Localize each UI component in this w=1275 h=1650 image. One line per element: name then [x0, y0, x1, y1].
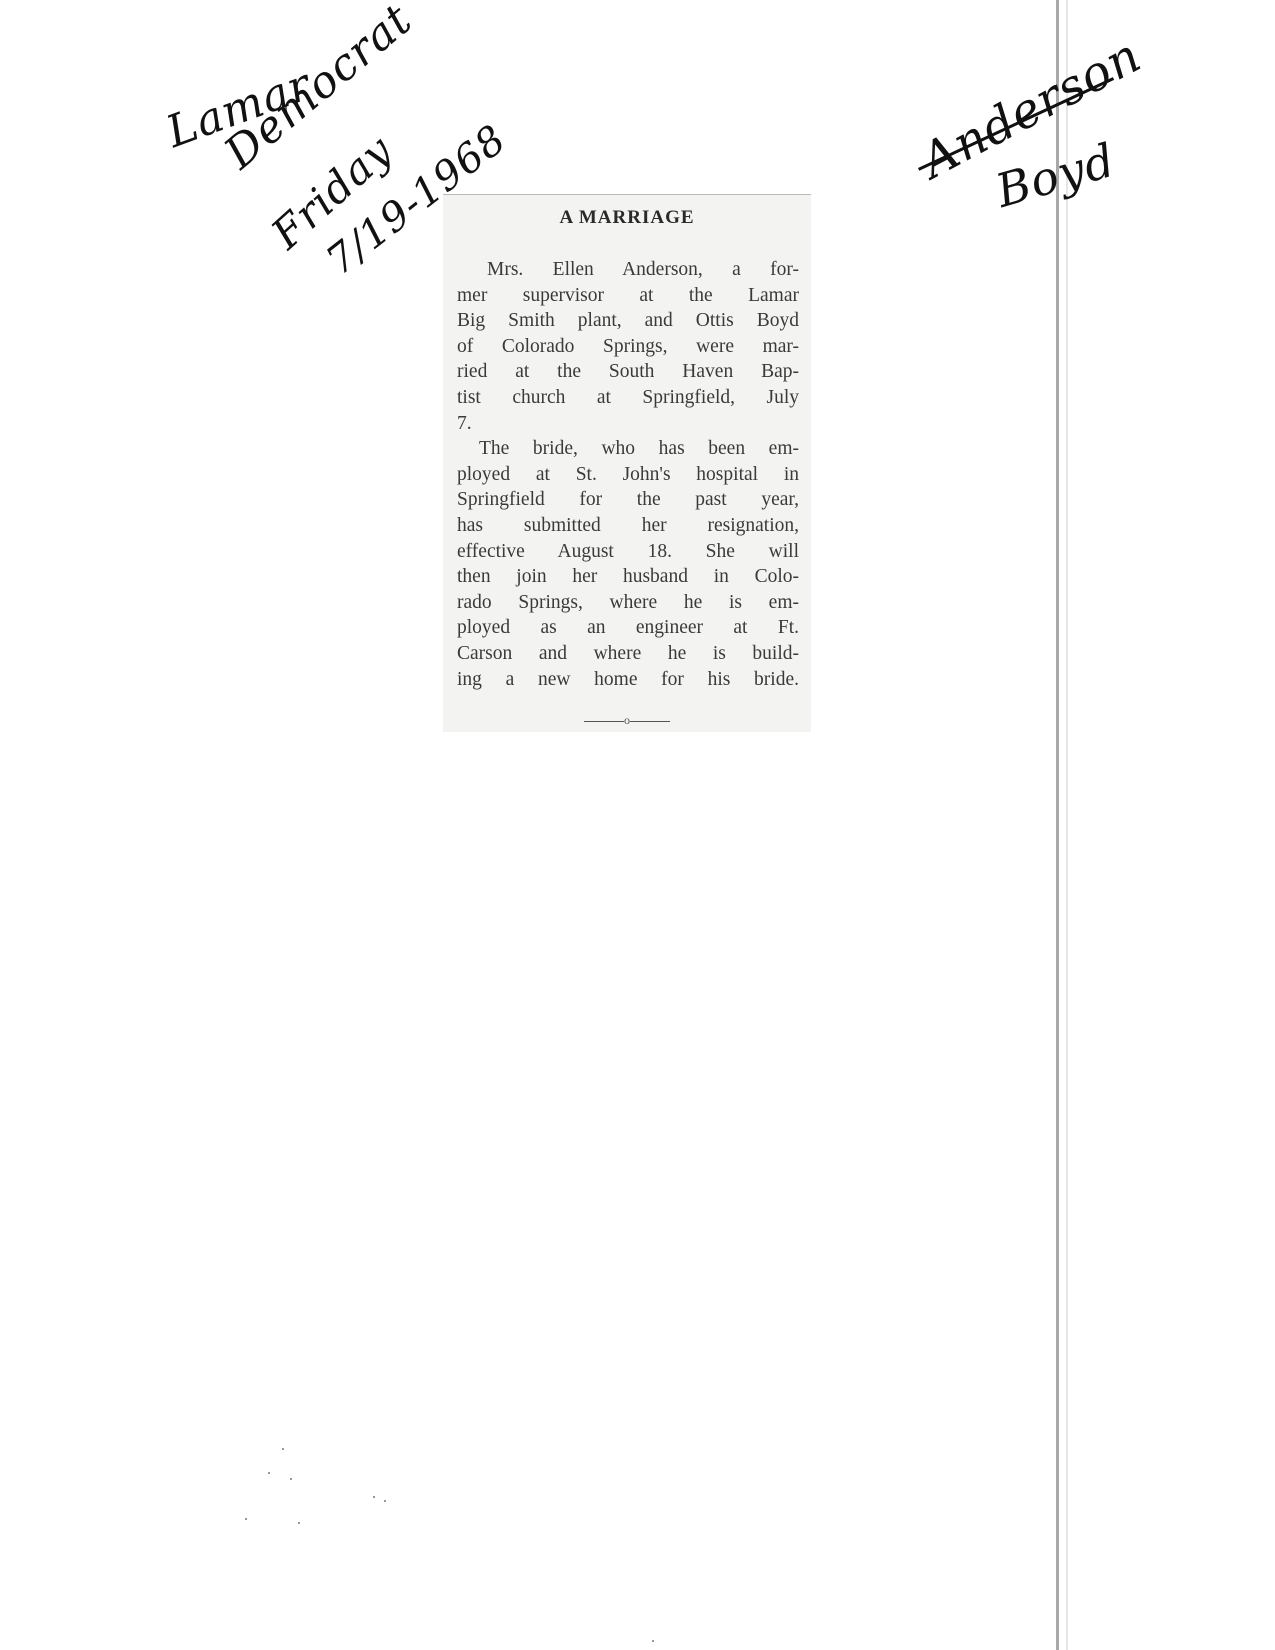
scan-speck [245, 1518, 247, 1520]
clipping-line: The bride, who has been em- [457, 436, 799, 462]
newspaper-clipping: A MARRIAGE Mrs. Ellen Anderson, a for- m… [443, 194, 811, 732]
clipping-end-ornament: o [443, 713, 811, 728]
clipping-line: of Colorado Springs, were mar- [457, 334, 799, 360]
clipping-line: rado Springs, where he is em- [457, 590, 799, 616]
clipping-line: Big Smith plant, and Ottis Boyd [457, 308, 799, 334]
scan-speck [268, 1472, 270, 1474]
clipping-body: Mrs. Ellen Anderson, a for- mer supervis… [457, 257, 799, 692]
clipping-line: ried at the South Haven Bap- [457, 359, 799, 385]
scan-speck [384, 1500, 386, 1502]
scan-speck [373, 1496, 375, 1498]
clipping-line: 7. [457, 411, 799, 437]
binding-fold-shadow [1066, 0, 1068, 1650]
scan-speck [282, 1448, 284, 1450]
clipping-line: Mrs. Ellen Anderson, a for- [457, 257, 799, 283]
ornament-dash-right [630, 721, 670, 722]
clipping-line: effective August 18. She will [457, 539, 799, 565]
clipping-paragraph-1: Mrs. Ellen Anderson, a for- mer supervis… [457, 257, 799, 436]
clipping-headline: A MARRIAGE [443, 207, 811, 229]
ornament-dash-left [584, 721, 624, 722]
scan-speck [290, 1478, 292, 1480]
scan-speck [298, 1522, 300, 1524]
clipping-line: Carson and where he is build- [457, 641, 799, 667]
clipping-line: ing a new home for his bride. [457, 667, 799, 693]
clipping-line: has submitted her resignation, [457, 513, 799, 539]
binding-fold-line [1056, 0, 1059, 1650]
clipping-line: ployed at St. John's hospital in [457, 462, 799, 488]
clipping-line: Springfield for the past year, [457, 487, 799, 513]
clipping-line: tist church at Springfield, July [457, 385, 799, 411]
clipping-paragraph-2: The bride, who has been em- ployed at St… [457, 436, 799, 692]
clipping-line: ployed as an engineer at Ft. [457, 615, 799, 641]
clipping-line: then join her husband in Colo- [457, 564, 799, 590]
clipping-line: mer supervisor at the Lamar [457, 283, 799, 309]
scan-speck [652, 1640, 654, 1642]
